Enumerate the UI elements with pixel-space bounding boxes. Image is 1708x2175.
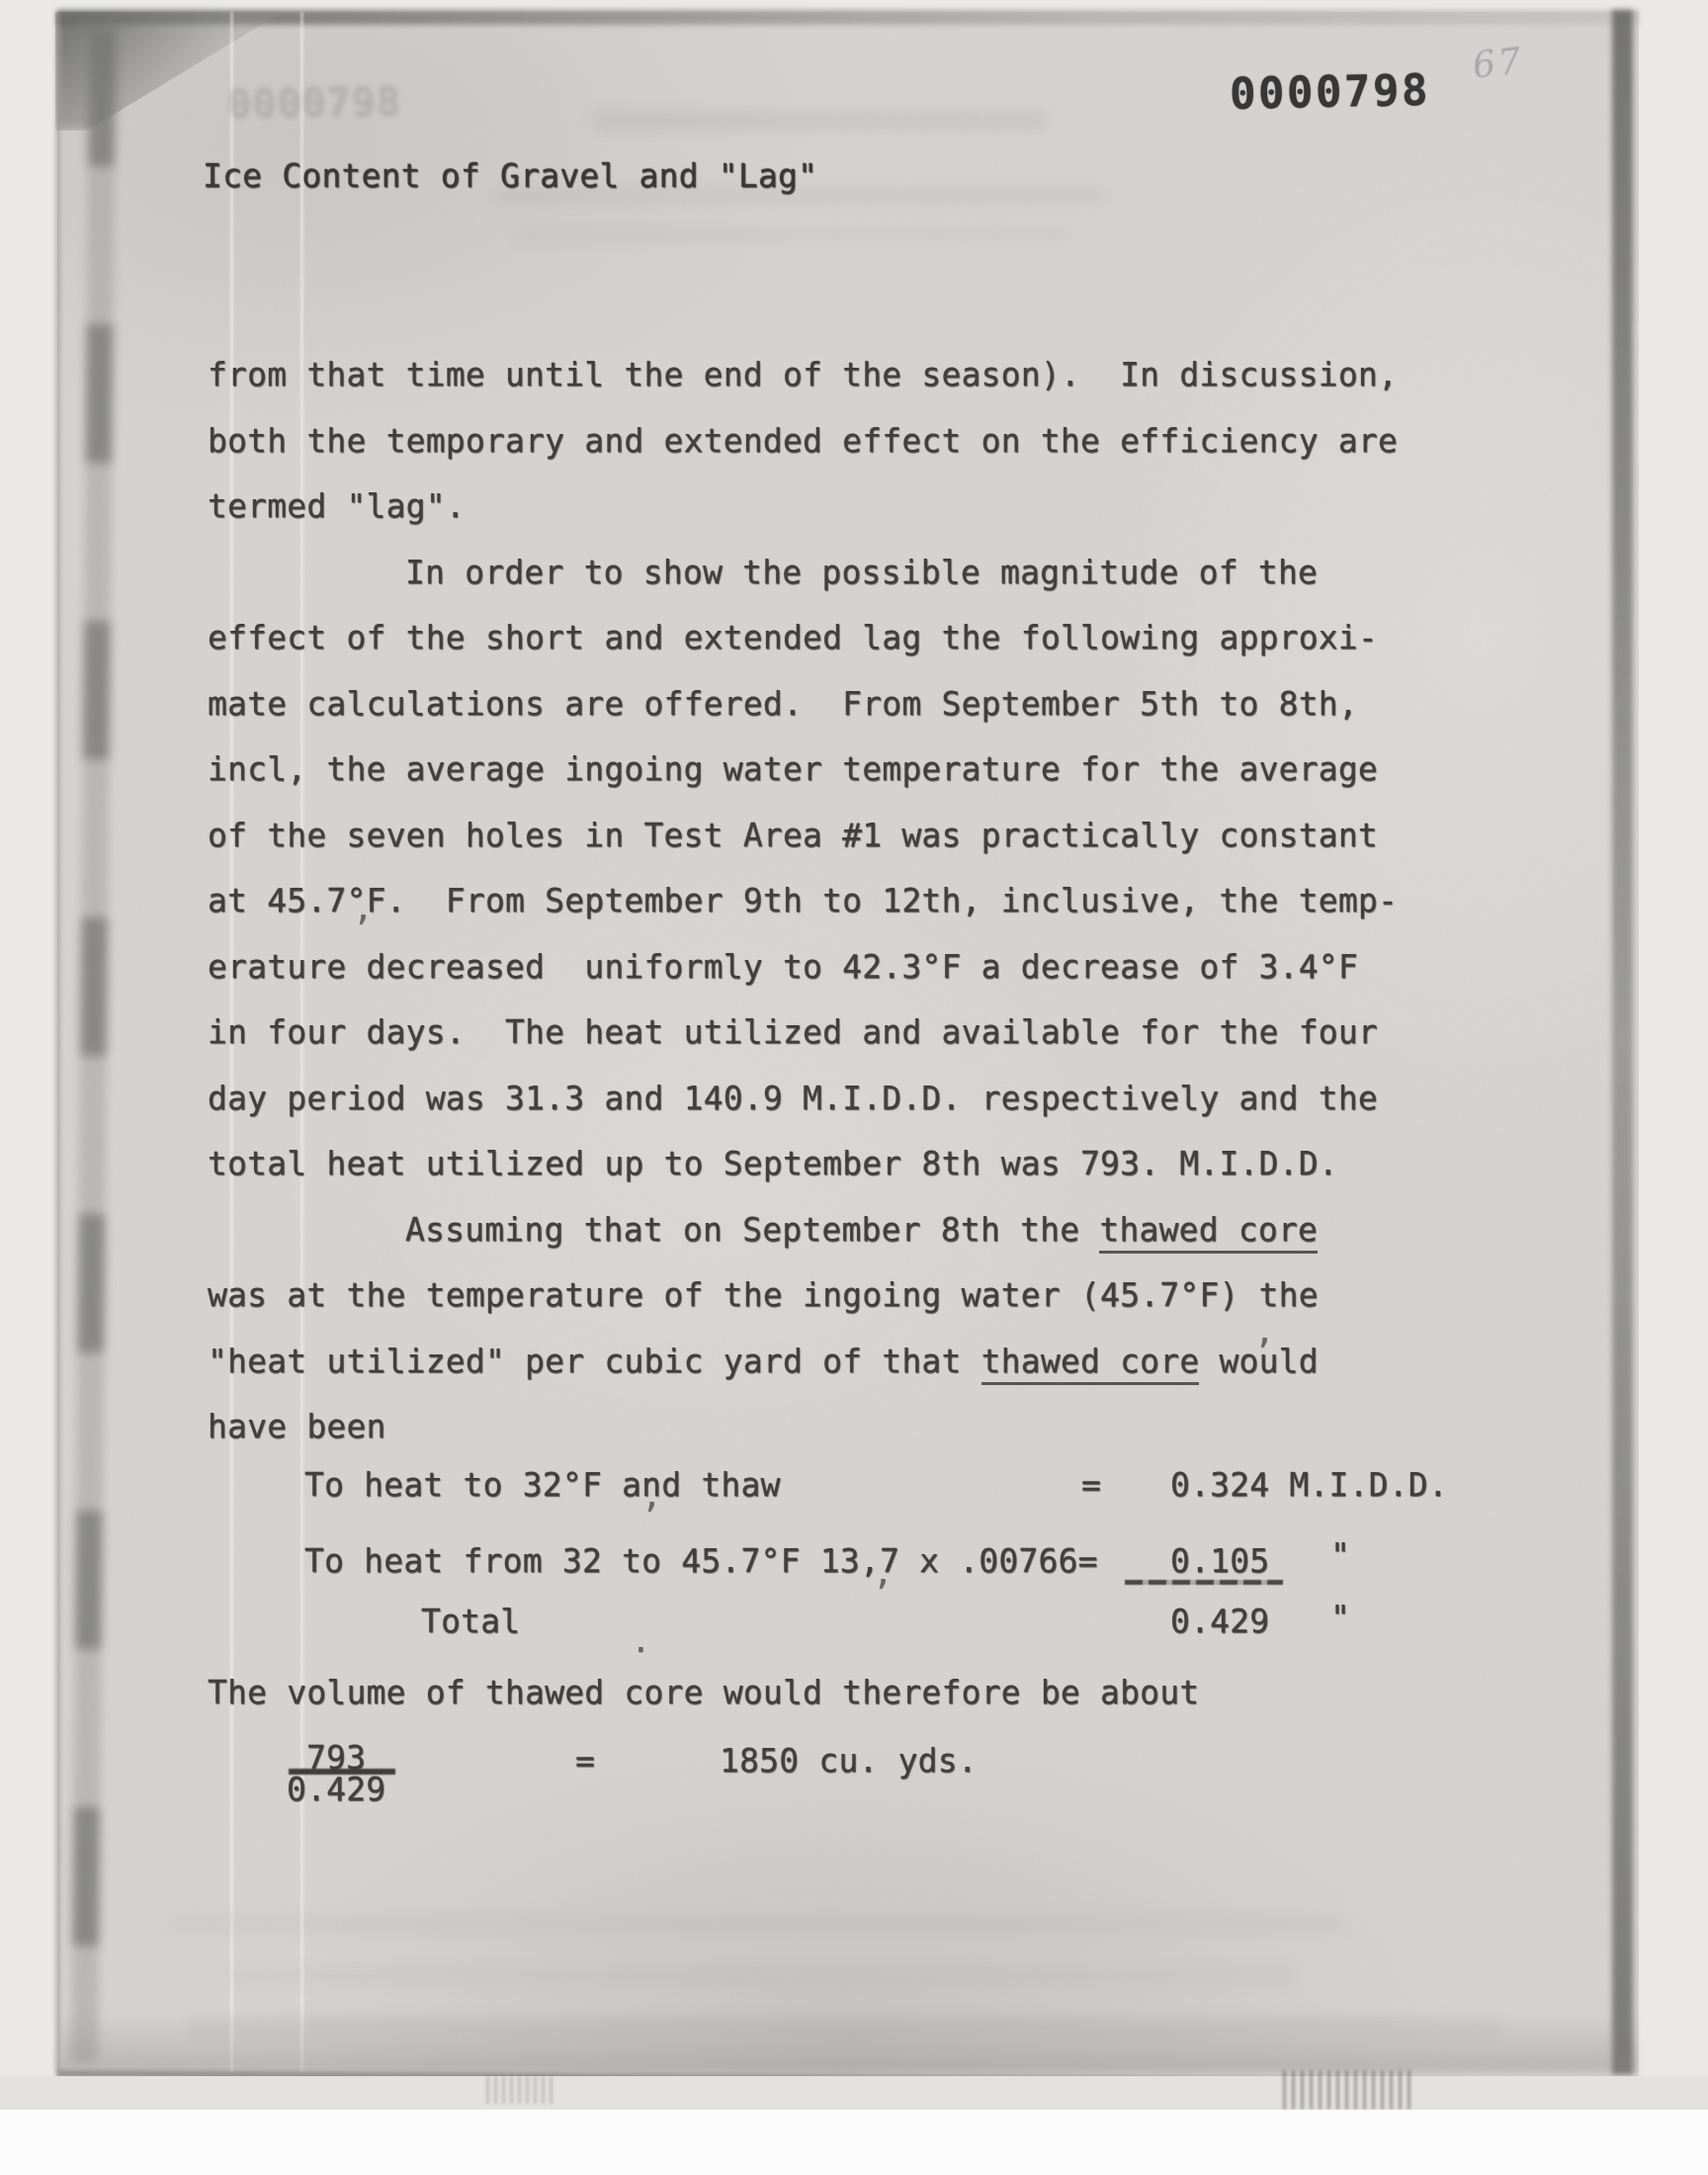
stamp-number: 0000798 (1230, 71, 1431, 115)
calc-row3-label: Total (421, 1602, 520, 1641)
stray-apostrophe-mark: ’ (1253, 1333, 1273, 1372)
pencil-annotation: 67 (1471, 41, 1526, 87)
bottom-striations (1283, 2070, 1416, 2110)
body-line: "heat utilized" per cubic yard of that t… (208, 1329, 1493, 1395)
stray-apostrophe-mark: ’ (872, 1574, 892, 1613)
calc-row1-value: 0.324 M.I.D.D. (1170, 1465, 1448, 1505)
body-line: incl, the average ingoing water temperat… (208, 737, 1493, 803)
body-line: In order to show the possible magnitude … (208, 540, 1493, 606)
bottom-striations-2 (486, 2076, 555, 2104)
bottom-white-band (0, 2110, 1708, 2175)
calc-row2-label: To heat from 32 to 45.7°F 13,7 x .00766= (304, 1541, 1098, 1581)
stray-apostrophe-mark: ’ (352, 910, 372, 949)
body-line: erature decreased uniformly to 42.3°F a … (208, 934, 1493, 1000)
underlined-phrase: thawed core (1099, 1210, 1318, 1254)
calc-row3-value: 0.429 (1170, 1602, 1269, 1641)
calc-row3-ditto-mark: " (1330, 1598, 1350, 1637)
body-line: in four days. The heat utilized and avai… (208, 1000, 1493, 1066)
body-line: total heat utilized up to September 8th … (208, 1131, 1493, 1197)
calc-row1-equals: = (1081, 1465, 1101, 1505)
body-line-text: Assuming that on September 8th the (405, 1210, 1099, 1249)
underlined-phrase: thawed core (982, 1342, 1200, 1385)
body-line: have been (208, 1394, 1493, 1460)
body-line: mate calculations are offered. From Sept… (208, 671, 1493, 738)
body-line: day period was 31.3 and 140.9 M.I.D.D. r… (208, 1066, 1493, 1132)
body-line: from that time until the end of the seas… (208, 342, 1493, 408)
page-title: Ice Content of Gravel and "Lag" (203, 156, 817, 196)
calc-row2-ditto-mark: " (1330, 1535, 1350, 1575)
stray-apostrophe-mark: ’ (640, 1497, 660, 1536)
body-line: termed "lag". (208, 474, 1493, 540)
volume-sentence: The volume of thawed core would therefor… (208, 1673, 1199, 1712)
fraction-result: 1850 cu. yds. (720, 1741, 978, 1781)
body-line: was at the temperature of the ingoing wa… (208, 1262, 1493, 1329)
fraction-equals: = (575, 1741, 595, 1781)
ghost-stamp: 0000798 (227, 81, 401, 124)
body-line: effect of the short and extended lag the… (208, 605, 1493, 671)
body-line-text: "heat utilized" per cubic yard of that (208, 1342, 982, 1380)
fraction-denominator: 0.429 (287, 1770, 385, 1809)
stray-dot-mark: . (631, 1621, 650, 1661)
body-line: of the seven holes in Test Area #1 was p… (208, 803, 1493, 869)
bottom-scan-margin (0, 2076, 1708, 2110)
body-line: both the temporary and extended effect o… (208, 408, 1493, 475)
calc-row1-label: To heat to 32°F and thaw (304, 1465, 781, 1505)
body-line: at 45.7°F. From September 9th to 12th, i… (208, 868, 1493, 934)
document-body: from that time until the end of the seas… (208, 342, 1493, 1460)
body-line: Assuming that on September 8th the thawe… (208, 1197, 1493, 1263)
calc-row2-value: 0.105 (1170, 1541, 1269, 1581)
